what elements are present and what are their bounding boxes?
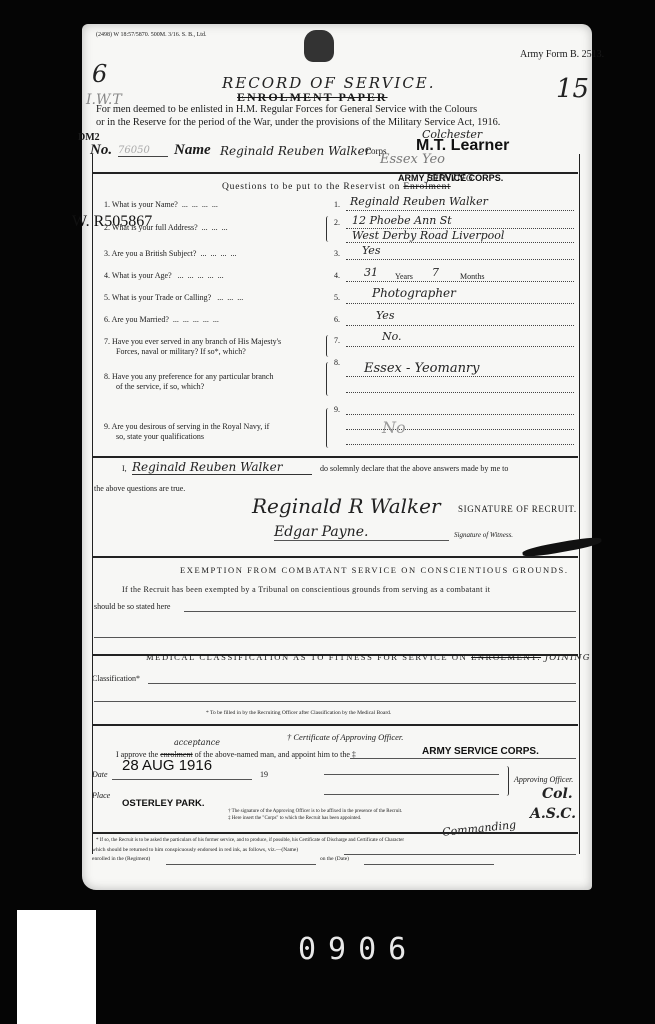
exemption-text-2: should be so stated here bbox=[94, 602, 170, 611]
answer-num-9: 9. bbox=[334, 405, 340, 414]
footer-date-line bbox=[364, 864, 494, 865]
recruit-signature-label: SIGNATURE OF RECRUIT. bbox=[458, 504, 577, 514]
answer-num-1: 1. bbox=[334, 200, 340, 209]
certificate-title: † Certificate of Approving Officer. bbox=[287, 732, 403, 742]
officer-unit: A.S.C. bbox=[530, 806, 576, 822]
question-5: 5. What is your Trade or Calling? ... ..… bbox=[104, 293, 243, 302]
answer-line bbox=[346, 376, 574, 377]
answer-line bbox=[346, 346, 574, 347]
date-line bbox=[112, 779, 252, 780]
exemption-line bbox=[94, 637, 576, 638]
brace bbox=[326, 362, 331, 396]
answer-line bbox=[346, 259, 574, 260]
date-label: Date bbox=[92, 770, 108, 779]
years-label: Years bbox=[395, 272, 413, 281]
margin-number-6: 6 bbox=[92, 60, 107, 88]
medical-footnote: * To be filled in by the Recruiting Offi… bbox=[206, 710, 391, 716]
divider bbox=[92, 832, 578, 834]
answer-line bbox=[346, 303, 574, 304]
question-4: 4. What is your Age? ... ... ... ... ... bbox=[104, 271, 224, 280]
answer-line bbox=[346, 325, 574, 326]
date-stamp: 28 AUG 1916 bbox=[122, 757, 212, 774]
corps-line bbox=[350, 758, 576, 759]
answer-line bbox=[346, 281, 574, 282]
form-number: Army Form B. 2513. bbox=[520, 49, 604, 60]
classification-line bbox=[94, 701, 576, 702]
answer-line bbox=[346, 242, 574, 243]
months-label: Months bbox=[460, 272, 484, 281]
preamble-line-1: For men deemed to be enlisted in H.M. Re… bbox=[96, 104, 477, 115]
answer-line bbox=[346, 210, 574, 211]
answer-9: No bbox=[382, 418, 406, 437]
answer-line bbox=[346, 392, 574, 393]
answer-num-4: 4. bbox=[334, 271, 340, 280]
frame-number: 0906 bbox=[298, 932, 418, 967]
declaration-name: Reginald Reuben Walker bbox=[132, 460, 312, 475]
brace bbox=[326, 335, 331, 357]
footer-note-3a: enrolled in the (Regiment) bbox=[92, 856, 150, 862]
answer-line bbox=[346, 429, 574, 430]
divider bbox=[92, 172, 578, 174]
questions-heading: Questions to be put to the Reservist on … bbox=[222, 182, 451, 192]
title-printed: ENROLMENT PAPER bbox=[237, 90, 388, 105]
enrolment-paper: (2498) W 18:57/5870. 500M. 3/16. S. B., … bbox=[82, 24, 592, 890]
certificate-handwritten: acceptance bbox=[174, 738, 220, 747]
film-label-patch bbox=[17, 910, 96, 1024]
brace bbox=[504, 766, 509, 796]
answer-num-8: 8. bbox=[334, 358, 340, 367]
exemption-title: EXEMPTION FROM COMBATANT SERVICE ON CONS… bbox=[180, 565, 569, 575]
footer-note-1: * If so, the Recruit is to be asked the … bbox=[96, 838, 404, 843]
exemption-text: If the Recruit has been exempted by a Tr… bbox=[122, 585, 490, 594]
question-9-line-2: so, state your qualifications bbox=[116, 432, 204, 441]
answer-4-years: 31 bbox=[364, 266, 378, 279]
answer-line bbox=[346, 414, 574, 415]
question-3: 3. Are you a British Subject? ... ... ..… bbox=[104, 249, 236, 258]
footer-note-3b: on the (Date) bbox=[320, 856, 349, 862]
answer-3: Yes bbox=[362, 244, 380, 257]
answer-num-3: 3. bbox=[334, 249, 340, 258]
question-2: 2. What is your full Address? ... ... ..… bbox=[104, 223, 228, 232]
question-7-line-2: Forces, naval or military? If so*, which… bbox=[116, 347, 246, 356]
declaration-text-2: the above questions are true. bbox=[94, 484, 185, 493]
witness-signature: Edgar Payne. bbox=[274, 524, 449, 541]
recruit-signature: Reginald R Walker bbox=[252, 494, 441, 518]
footer-name-line bbox=[344, 854, 576, 855]
question-1: 1. What is your Name? ... ... ... ... bbox=[104, 200, 218, 209]
answer-num-2: 2. bbox=[334, 218, 340, 227]
declaration-text: do solemnly declare that the above answe… bbox=[320, 464, 508, 473]
question-6: 6. Are you Married? ... ... ... ... ... bbox=[104, 315, 219, 324]
certificate-corps-stamp: ARMY SERVICE CORPS. bbox=[422, 746, 539, 757]
answer-8: Essex - Yeomanry bbox=[364, 361, 480, 376]
approving-officer-line bbox=[324, 794, 499, 795]
answer-5: Photographer bbox=[372, 286, 456, 300]
place-label: Place bbox=[92, 791, 110, 800]
answer-1: Reginald Reuben Walker bbox=[350, 195, 488, 208]
footer-note-2: which should be returned to him conspicu… bbox=[92, 847, 298, 853]
answer-line bbox=[346, 444, 574, 445]
approving-officer-line bbox=[324, 774, 499, 775]
question-7: 7. Have you ever served in any branch of… bbox=[104, 337, 281, 346]
approving-officer-label: Approving Officer. bbox=[514, 775, 573, 784]
divider bbox=[92, 724, 578, 726]
certificate-note-2: ‡ Here insert the "Corps" to which the R… bbox=[228, 816, 361, 821]
officer-rank: Col. bbox=[542, 786, 573, 802]
preamble-line-2: or in the Reserve for the period of the … bbox=[96, 117, 500, 128]
witness-signature-label: Signature of Witness. bbox=[454, 531, 513, 539]
certificate-note-1: † The signature of the Approving Officer… bbox=[228, 809, 402, 814]
stamp-mt-learner: M.T. Learner bbox=[416, 137, 509, 155]
year-prefix: 19 bbox=[260, 770, 268, 779]
footer-regiment-line bbox=[166, 864, 316, 865]
divider bbox=[92, 556, 578, 558]
place-stamp: OSTERLEY PARK. bbox=[122, 798, 205, 809]
classification-line bbox=[148, 683, 576, 684]
royal-crest-icon bbox=[304, 30, 334, 62]
exemption-line bbox=[184, 611, 576, 612]
printer-line: (2498) W 18:57/5870. 500M. 3/16. S. B., … bbox=[96, 32, 206, 38]
answer-7: No. bbox=[382, 330, 402, 343]
medical-title: MEDICAL CLASSIFICATION AS TO FITNESS FOR… bbox=[146, 652, 591, 663]
brace bbox=[326, 216, 331, 242]
question-8: 8. Have you any preference for any parti… bbox=[104, 372, 273, 381]
questions-heading-handwritten: JOINING bbox=[426, 174, 474, 184]
answer-2-line-1: 12 Phoebe Ann St bbox=[352, 214, 452, 227]
answer-num-5: 5. bbox=[334, 293, 340, 302]
answer-num-7: 7. bbox=[334, 336, 340, 345]
answer-6: Yes bbox=[376, 309, 394, 322]
brace bbox=[326, 408, 331, 448]
classification-label: Classification* bbox=[92, 674, 140, 683]
declaration-prefix: I, bbox=[122, 464, 127, 473]
answer-4-months: 7 bbox=[432, 266, 439, 279]
question-9: 9. Are you desirous of serving in the Ro… bbox=[104, 422, 269, 431]
answer-2-line-2: West Derby Road Liverpool bbox=[352, 229, 504, 242]
answer-num-6: 6. bbox=[334, 315, 340, 324]
margin-number-15: 15 bbox=[556, 74, 589, 104]
question-8-line-2: of the service, if so, which? bbox=[116, 382, 204, 391]
divider bbox=[92, 456, 578, 458]
